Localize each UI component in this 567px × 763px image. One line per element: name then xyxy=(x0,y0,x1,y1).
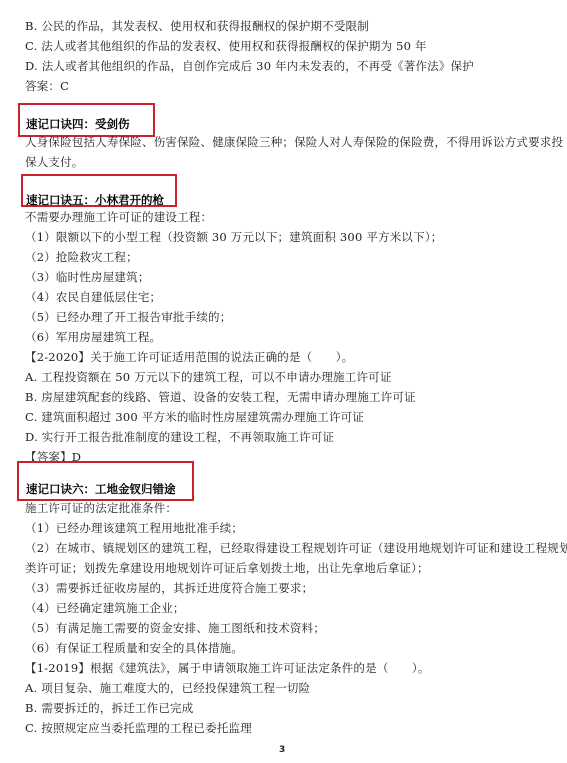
list-item: （1）已经办理该建筑工程用地批准手续； xyxy=(25,521,243,535)
answer-text: 答案：C xyxy=(25,79,69,93)
list-item: （4）农民自建低层住宅； xyxy=(25,290,161,304)
list-item: （2）抢险救灾工程； xyxy=(25,250,138,264)
option-a: A. 项目复杂、施工难度大的，已经投保建筑工程一切险 xyxy=(25,681,310,695)
list-item: （4）已经确定建筑施工企业； xyxy=(25,601,185,615)
option-c: C. 按照规定应当委托监理的工程已委托监理 xyxy=(25,721,252,735)
list-item: （3）临时性房屋建筑； xyxy=(25,270,150,284)
option-c: C. 法人或者其他组织的作品的发表权、使用权和获得报酬权的保护期为 50 年 xyxy=(25,39,427,53)
option-d: D. 实行开工报告批准制度的建设工程，不再领取施工许可证 xyxy=(25,430,334,444)
paragraph: 人身保险包括人寿保险、伤害保险、健康保险三种；保险人对人寿保险的保险费，不得用诉… xyxy=(25,135,563,149)
list-item: （5）已经办理了开工报告审批手续的； xyxy=(25,310,231,324)
paragraph: 不需要办理施工许可证的建设工程： xyxy=(25,210,212,224)
section-heading: 速记口诀六：工地金钗归错途 xyxy=(26,481,176,497)
section-heading: 速记口诀五：小林君开的枪 xyxy=(26,192,164,208)
option-c: C. 建筑面积超过 300 平方米的临时性房屋建筑需办理施工许可证 xyxy=(25,410,364,424)
list-item: （6）有保证工程质量和安全的具体措施。 xyxy=(25,641,243,655)
option-a: A. 工程投资额在 50 万元以下的建筑工程，可以不申请办理施工许可证 xyxy=(25,370,392,384)
list-item: （3）需要拆迁征收房屋的，其拆迁进度符合施工要求； xyxy=(25,581,313,595)
paragraph: 施工许可证的法定批准条件： xyxy=(25,501,177,515)
question: 【2-2020】关于施工许可证适用范围的说法正确的是（ ）。 xyxy=(25,350,353,364)
option-b: B. 需要拆迁的，拆迁工作已完成 xyxy=(25,701,193,715)
option-b: B. 公民的作品，其发表权、使用权和获得报酬权的保护期不受限制 xyxy=(25,19,369,33)
option-d: D. 法人或者其他组织的作品，自创作完成后 30 年内未发表的，不再受《著作法》… xyxy=(25,59,474,73)
list-item: （6）军用房屋建筑工程。 xyxy=(25,330,161,344)
page-number: 3 xyxy=(279,745,285,755)
paragraph: 保人支付。 xyxy=(25,155,84,169)
section-heading: 速记口诀四：受剑伤 xyxy=(26,116,130,132)
list-item: 类许可证；划拨先拿建设用地规划许可证后拿划拨土地，出让先拿地后拿证）； xyxy=(25,561,429,575)
list-item: （2）在城市、镇规划区的建筑工程，已经取得建设工程规划许可证（建设用地规划许可证… xyxy=(25,541,567,555)
list-item: （5）有满足施工需要的资金安排、施工图纸和技术资料； xyxy=(25,621,325,635)
question: 【1-2019】根据《建筑法》，属于申请领取施工许可证法定条件的是（ ）。 xyxy=(25,661,430,675)
option-b: B. 房屋建筑配套的线路、管道、设备的安装工程，无需申请办理施工许可证 xyxy=(25,390,416,404)
list-item: （1）限额以下的小型工程（投资额 30 万元以下；建筑面积 300 平方米以下）… xyxy=(25,230,442,244)
